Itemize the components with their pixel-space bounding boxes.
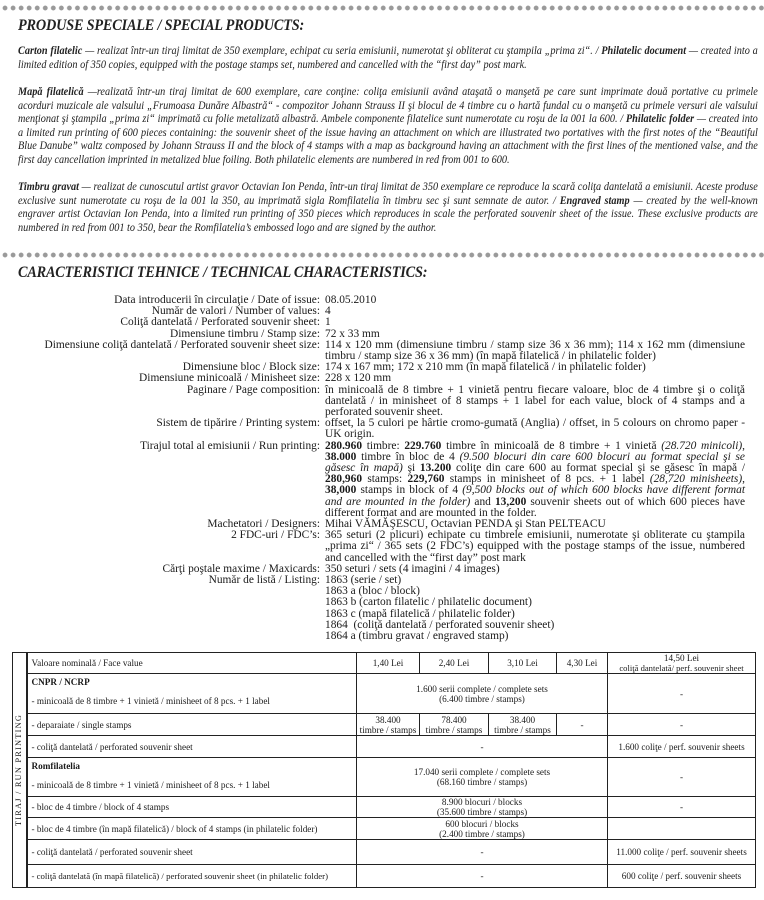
- cnpr-singles-value: 38.400timbre / stamps: [357, 714, 420, 736]
- tech-row: Data introducerii în circulaţie / Date o…: [0, 295, 764, 306]
- tech-row: Sistem de tipărire / Printing system:off…: [0, 418, 764, 440]
- romfilatelia-block-sheet: -: [608, 797, 756, 818]
- cnpr-singles-value: -: [557, 714, 608, 736]
- face-value: 4,30 Lei: [557, 653, 608, 674]
- tech-row: Dimensiune minicoală / Minisheet size:22…: [0, 373, 764, 384]
- tech-label: Coliţă dantelată / Perforated souvenir s…: [0, 317, 320, 328]
- cnpr-singles-value: 78.400timbre / stamps: [420, 714, 489, 736]
- product-name-en: Philatelic folder: [626, 113, 694, 125]
- tech-value: offset, la 5 culori pe hârtie cromo-guma…: [325, 418, 745, 440]
- tech-row: Coliţă dantelată / Perforated souvenir s…: [0, 317, 764, 328]
- dotted-separator: [0, 4, 764, 12]
- romfilatelia-minisheet-label: Romfilatelia - minicoală de 8 timbre + 1…: [27, 758, 357, 797]
- run-printing-side-label: TIRAJ / RUN PRINTING: [13, 653, 27, 888]
- listing-item: 1863 b (carton filatelic / philatelic do…: [325, 597, 745, 608]
- tech-value: 365 seturi (2 plicuri) echipate cu timbr…: [325, 530, 745, 564]
- tech-value: 280.960 timbre: 229.760 timbre în minico…: [325, 441, 745, 519]
- product-name-ro: Carton filatelic: [18, 45, 82, 57]
- face-value: 1,40 Lei: [357, 653, 420, 674]
- product-text-ro: — realizat într-un tiraj limitat de 350 …: [82, 45, 601, 57]
- product-name-ro: Mapă filatelică: [18, 86, 84, 98]
- romfilatelia-block-folder-value: 600 blocuri / blocks(2.400 timbre / stam…: [357, 818, 608, 840]
- dotted-separator: [0, 251, 764, 259]
- tech-label: Sistem de tipărire / Printing system:: [0, 418, 320, 440]
- cnpr-singles-value: 38.400timbre / stamps: [489, 714, 557, 736]
- cnpr-colita-label: - coliţă dantelată / perforated souvenir…: [27, 736, 357, 758]
- tech-label: 2 FDC-uri / FDC’s:: [0, 530, 320, 564]
- tech-value: 228 x 120 mm: [325, 373, 745, 384]
- cnpr-colita-value: -: [357, 736, 608, 758]
- tech-label: Număr de listă / Listing:: [0, 575, 320, 642]
- romfilatelia-minisheet-value: 17.040 serii complete / complete sets(68…: [357, 758, 608, 797]
- product-name-ro: Timbru gravat: [18, 181, 79, 193]
- romfilatelia-colita-value: -: [357, 840, 608, 865]
- listing-item: 1864 a (timbru gravat / engraved stamp): [325, 631, 745, 642]
- section-title-special-products: PRODUSE SPECIALE / SPECIAL PRODUCTS:: [18, 17, 304, 35]
- product-mapa-filatelica: Mapă filatelică —realizată într-un tiraj…: [18, 86, 758, 168]
- product-name-en: Engraved stamp: [560, 195, 630, 207]
- romfilatelia-block-label: - bloc de 4 timbre / block of 4 stamps: [27, 797, 357, 818]
- cnpr-minisheet-sheet: -: [608, 674, 756, 714]
- cnpr-singles-label: - deparaiate / single stamps: [27, 714, 357, 736]
- cnpr-minisheet-value: 1.600 serii complete / complete sets(6.4…: [357, 674, 608, 714]
- cnpr-colita-sheet: 1.600 coliţe / perf. souvenir sheets: [608, 736, 756, 758]
- romfilatelia-minisheet-sheet: -: [608, 758, 756, 797]
- tech-label: Paginare / Page composition:: [0, 385, 320, 419]
- tech-label: Dimensiune minicoală / Minisheet size:: [0, 373, 320, 384]
- tech-row: 2 FDC-uri / FDC’s:365 seturi (2 plicuri)…: [0, 530, 764, 564]
- face-value-label: Valoare nominală / Face value: [27, 653, 357, 674]
- tech-value: 08.05.2010: [325, 295, 745, 306]
- tech-row: Dimensiune coliţă dantelată / Perforated…: [0, 340, 764, 362]
- tech-label: Dimensiune coliţă dantelată / Perforated…: [0, 340, 320, 362]
- product-timbru-gravat: Timbru gravat — realizat de cunoscutul a…: [18, 181, 758, 235]
- romfilatelia-colita-folder-sheet: 600 coliţe / perf. souvenir sheets: [608, 865, 756, 888]
- romfilatelia-colita-sheet: 11.000 coliţe / perf. souvenir sheets: [608, 840, 756, 865]
- tech-value: 114 x 120 mm (dimensiune timbru / stamp …: [325, 340, 745, 362]
- face-value: 2,40 Lei: [420, 653, 489, 674]
- run-printing-table: TIRAJ / RUN PRINTING Valoare nominală / …: [12, 652, 756, 888]
- cnpr-singles-sheet: -: [608, 714, 756, 736]
- romfilatelia-colita-folder-value: -: [357, 865, 608, 888]
- face-value: 3,10 Lei: [489, 653, 557, 674]
- tech-value: 1863 (serie / set)1863 a (bloc / block)1…: [325, 575, 745, 642]
- tech-row-listing: Număr de listă / Listing:1863 (serie / s…: [0, 575, 764, 642]
- romfilatelia-block-folder-sheet: [608, 818, 756, 840]
- romfilatelia-colita-label: - coliţă dantelată / perforated souvenir…: [27, 840, 357, 865]
- section-title-technical: CARACTERISTICI TEHNICE / TECHNICAL CHARA…: [18, 264, 427, 282]
- technical-characteristics: Data introducerii în circulaţie / Date o…: [0, 295, 764, 642]
- tech-row: Număr de valori / Number of values:4: [0, 306, 764, 317]
- tech-value: 1: [325, 317, 745, 328]
- romfilatelia-block-folder-label: - bloc de 4 timbre (în mapă filatelică) …: [27, 818, 357, 840]
- tech-row-run-printing: Tirajul total al emisiunii / Run printin…: [0, 441, 764, 519]
- romfilatelia-colita-folder-label: - coliţă dantelată (în mapă filatelică) …: [27, 865, 357, 888]
- romfilatelia-block-value: 8.900 blocuri / blocks(35.600 timbre / s…: [357, 797, 608, 818]
- tech-value: 4: [325, 306, 745, 317]
- product-carton-filatelic: Carton filatelic — realizat într-un tira…: [18, 45, 758, 72]
- sheet-face-value: 14,50 Leicoliţă dantelată/ perf. souveni…: [608, 653, 756, 674]
- tech-row: Paginare / Page composition:în minicoală…: [0, 385, 764, 419]
- tech-label: Tirajul total al emisiunii / Run printin…: [0, 441, 320, 519]
- product-name-en: Philatelic document: [601, 45, 686, 57]
- tech-value: în minicoală de 8 timbre + 1 vinietă pen…: [325, 385, 745, 419]
- cnpr-minisheet-label: CNPR / NCRP - minicoală de 8 timbre + 1 …: [27, 674, 357, 714]
